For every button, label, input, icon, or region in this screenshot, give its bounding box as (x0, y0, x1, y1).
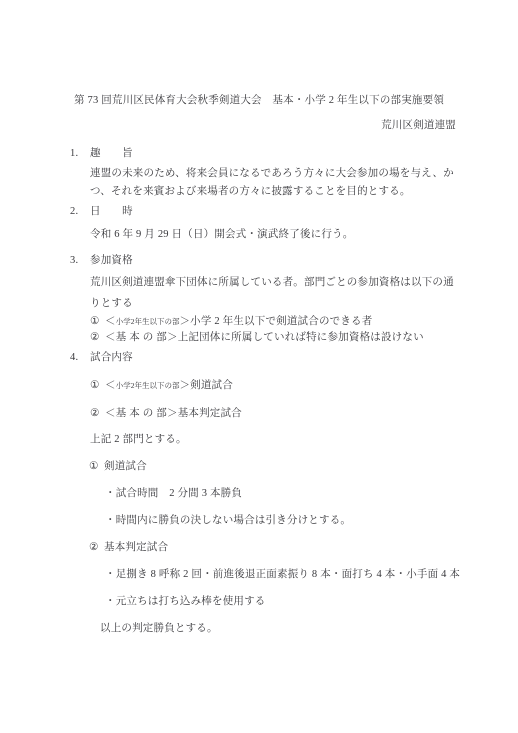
section-4-item-1-text: 剣道試合 (190, 380, 233, 391)
item-marker-1: ① (89, 459, 104, 474)
section-3-item-2-text: 上記団体に所属していれば特に参加資格は設けない (178, 332, 424, 343)
subsection-basics-heading: ②基本判定試合 (89, 540, 168, 555)
basics-bullet-1: ・足捌き 8 呼称 2 回・前進後退正面素振り 8 本・面打ち 4 本・小手面 … (105, 567, 460, 582)
document-page: 第 73 回荒川区民体育大会秋季剣道大会 基本・小学 2 年生以下の部実施要領 … (0, 0, 518, 733)
section-3-item-2: ②＜基 本 の 部＞上記団体に所属していれば特に参加資格は設けない (90, 330, 424, 345)
item-marker-2: ② (90, 406, 105, 421)
item-marker-2: ② (90, 330, 105, 345)
section-3-number: 3. (70, 253, 90, 268)
kendo-bullet-1: ・試合時間 2 分間 3 本勝負 (105, 486, 242, 501)
section-4-item-2: ②＜基 本 の 部＞基本判定試合 (90, 406, 242, 421)
subsection-kendo-heading: ①剣道試合 (89, 459, 147, 474)
organization-name: 荒川区剣道連盟 (381, 118, 456, 133)
section-4-heading: 4.試合内容 (70, 350, 133, 365)
section-1-body-line-1: 連盟の未来のため、将来会員になるであろう方々に大会参加の場を与え、か (90, 166, 454, 181)
section-1-heading-text: 趣 旨 (90, 148, 133, 159)
section-2-body-line-1: 令和 6 年 9 月 29 日（日）開会式・演武終了後に行う。 (90, 227, 353, 242)
section-2-heading: 2.日 時 (70, 204, 133, 219)
division-label-small: 小学2年生以下の部 (116, 317, 180, 326)
item-marker-2: ② (89, 540, 104, 555)
division-label: ＜基 本 の 部＞ (105, 332, 178, 343)
basics-closing: 以上の判定勝負とする。 (100, 621, 218, 636)
section-3-item-1: ①＜小学2年生以下の部＞小学 2 年生以下で剣道試合のできる者 (90, 314, 372, 329)
section-4-item-2-text: 基本判定試合 (178, 408, 242, 419)
bracket-open: ＜ (105, 316, 116, 327)
section-3-heading-text: 参加資格 (90, 255, 133, 266)
document-title: 第 73 回荒川区民体育大会秋季剣道大会 基本・小学 2 年生以下の部実施要領 (0, 93, 518, 108)
bracket-close: ＞ (179, 380, 190, 391)
subsection-basics-heading-text: 基本判定試合 (104, 542, 168, 553)
section-1-number: 1. (70, 146, 90, 161)
section-3-heading: 3.参加資格 (70, 253, 133, 268)
bracket-open: ＜ (105, 380, 116, 391)
section-2-heading-text: 日 時 (90, 206, 133, 217)
section-4-heading-text: 試合内容 (90, 352, 133, 363)
section-2-number: 2. (70, 204, 90, 219)
section-4-number: 4. (70, 350, 90, 365)
item-marker-1: ① (90, 378, 105, 393)
kendo-bullet-2: ・時間内に勝負の決しない場合は引き分けとする。 (105, 513, 351, 528)
section-3-item-1-text: 小学 2 年生以下で剣道試合のできる者 (190, 316, 372, 327)
section-3-body-line-2: りとする (90, 296, 133, 311)
division-label-small: 小学2年生以下の部 (116, 381, 180, 390)
section-4-note: 上記 2 部門とする。 (90, 432, 187, 447)
section-4-item-1: ①＜小学2年生以下の部＞剣道試合 (90, 378, 233, 393)
basics-bullet-2: ・元立ちは打ち込み棒を使用する (105, 594, 266, 609)
item-marker-1: ① (90, 314, 105, 329)
section-1-heading: 1.趣 旨 (70, 146, 133, 161)
section-1-body-line-2: つ、それを来賓および来場者の方々に披露することを目的とする。 (90, 184, 411, 199)
section-3-body-line-1: 荒川区剣道連盟傘下団体に所属している者。部門ごとの参加資格は以下の通 (90, 275, 454, 290)
subsection-kendo-heading-text: 剣道試合 (104, 461, 147, 472)
division-label: ＜基 本 の 部＞ (105, 408, 178, 419)
bracket-close: ＞ (179, 316, 190, 327)
